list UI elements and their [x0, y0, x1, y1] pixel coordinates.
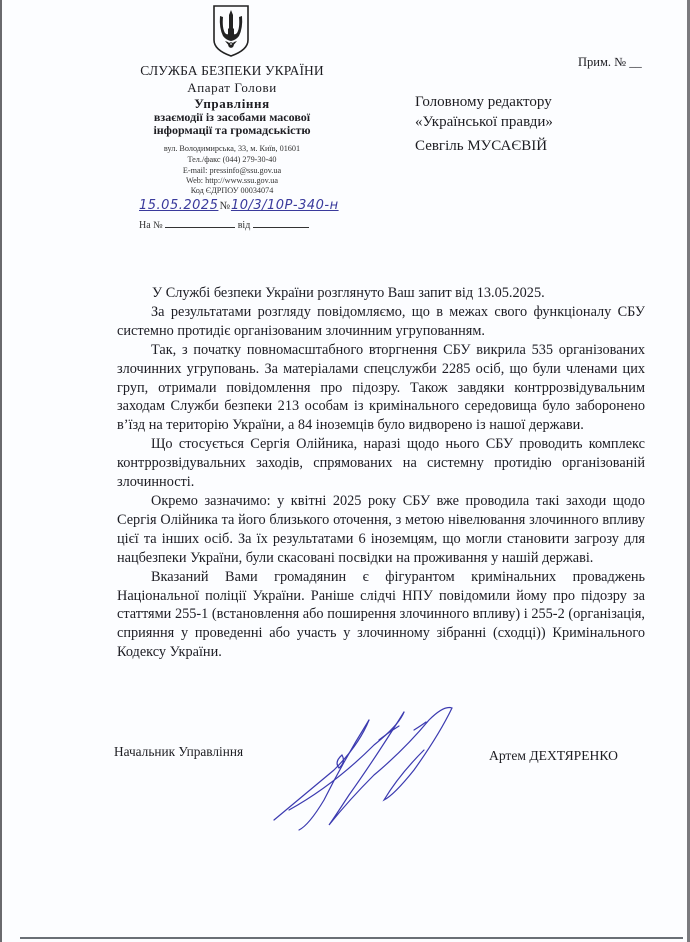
body-paragraph: Окремо зазначимо: у квітні 2025 року СБУ…	[117, 492, 645, 568]
outgoing-reference: 15.05.2025№10/3/10Р-340-н	[139, 198, 339, 213]
reply-number-blank	[165, 218, 235, 228]
outgoing-number: 10/3/10Р-340-н	[231, 198, 339, 213]
number-sign: №	[219, 200, 230, 212]
reply-prefix: На №	[139, 220, 163, 231]
contact-web: Web: http://www.ssu.gov.ua	[112, 176, 352, 185]
reply-reference: На № від	[139, 218, 309, 231]
body-paragraph: У Службі безпеки України розглянуто Ваш …	[117, 284, 645, 303]
contact-address: вул. Володимирська, 33, м. Київ, 01601	[112, 144, 352, 153]
body-paragraph: За результатами розгляду повідомляємо, щ…	[117, 303, 645, 341]
page-bottom-edge	[20, 937, 683, 939]
addressee-position: Головному редактору	[415, 93, 553, 113]
note-value: __	[629, 55, 642, 69]
reply-from-label: від	[238, 220, 251, 231]
body-paragraph: Що стосується Сергія Олійника, наразі що…	[117, 435, 645, 492]
outgoing-date: 15.05.2025	[139, 198, 218, 213]
note-label: Прим. №	[578, 55, 626, 69]
note-number: Прим. № __	[578, 55, 642, 70]
signatory-name: Артем ДЕХТЯРЕНКО	[489, 748, 618, 764]
reply-date-blank	[253, 218, 309, 228]
signatory-title: Начальник Управління	[114, 744, 243, 760]
contact-email: E-mail: pressinfo@ssu.gov.ua	[112, 166, 352, 175]
tryzub-coat-of-arms-icon	[211, 4, 251, 58]
addressee-outlet: «Української правди»	[415, 113, 553, 133]
body-paragraph: Вказаний Вами громадянин є фігурантом кр…	[117, 568, 645, 663]
contact-edrpou: Код ЄДРПОУ 00034074	[112, 186, 352, 195]
handwritten-signature	[264, 700, 464, 840]
letter-body: У Службі безпеки України розглянуто Ваш …	[117, 284, 645, 662]
addressee-name: Севгіль МУСАЄВІЙ	[415, 137, 553, 157]
org-name: СЛУЖБА БЕЗПЕКИ УКРАЇНИ	[112, 63, 352, 79]
addressee-block: Головному редактору «Української правди»…	[415, 93, 553, 157]
letter-page: СЛУЖБА БЕЗПЕКИ УКРАЇНИ Апарат Голови Упр…	[0, 0, 690, 942]
apparatus-label: Апарат Голови	[112, 80, 352, 96]
contact-phone: Тел./факс (044) 279-30-40	[112, 155, 352, 164]
body-paragraph: Так, з початку повномасштабного вторгнен…	[117, 341, 645, 436]
department-subtitle-line2: інформації та громадськістю	[112, 123, 352, 138]
